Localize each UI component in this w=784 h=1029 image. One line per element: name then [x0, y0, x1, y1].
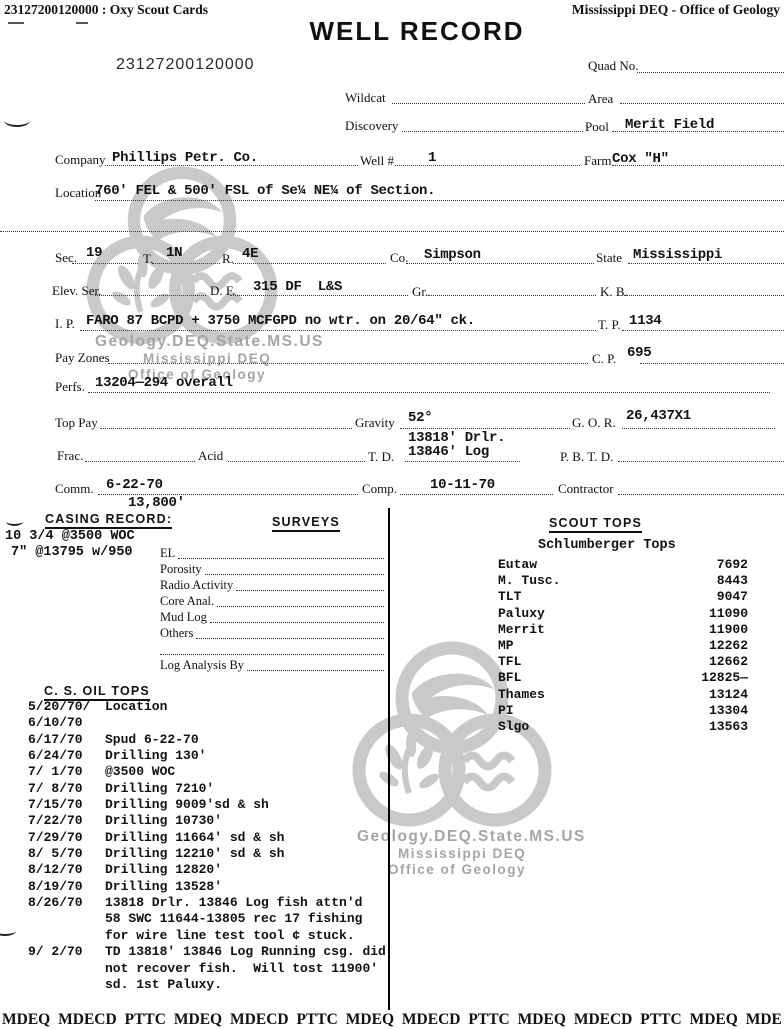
scout-top-name: TFL [498, 654, 678, 670]
oil-top-line: 7/ 1/70@3500 WOC [28, 764, 386, 780]
company-label: Company [55, 152, 106, 168]
footer-word: MDECD [402, 1011, 461, 1029]
survey-item: Radio Activity [160, 577, 384, 593]
page-title: WELL RECORD [50, 16, 784, 47]
scout-top-name: TLT [498, 589, 678, 605]
form-dotted-line [85, 461, 195, 462]
pay-zones-label: Pay Zones [55, 350, 110, 366]
oil-top-line: 8/12/70Drilling 12820' [28, 862, 386, 878]
oil-top-text: for wire line test tool ¢ stuck. [105, 928, 355, 944]
form-dotted-line [105, 165, 358, 166]
survey-dotted-line [205, 574, 384, 575]
pbtd-label: P. B. T. D. [560, 449, 613, 465]
scout-top-depth: 12825— [678, 670, 748, 686]
td-log-value: 13846' Log [408, 444, 489, 460]
footer-word: PTTC [468, 1011, 509, 1029]
scout-tops-list: Eutaw7692M. Tusc.8443TLT9047Paluxy11090M… [498, 557, 748, 735]
scanned-well-record-document: Geology.DEQ.State.MS.US Mississippi DEQ … [0, 0, 784, 1029]
state-value: Mississippi [633, 247, 722, 263]
casing-record-list: 10 3/4 @3500 WOC7" @13795 w/950 [5, 529, 135, 560]
form-dotted-line [405, 461, 520, 462]
survey-item-label: Others [160, 626, 196, 641]
frac-label: Frac. [57, 448, 83, 464]
form-dotted-line [98, 494, 358, 495]
scout-top-depth: 9047 [678, 589, 748, 605]
oil-top-date: 6/24/70 [28, 748, 105, 764]
scout-tops-title: SCOUT TOPS [549, 516, 642, 533]
ip-value: FARO 87 BCPD + 3750 MCFGPD no wtr. on 20… [86, 313, 475, 329]
form-dotted-line [620, 103, 784, 104]
casing-record-title: CASING RECORD: [45, 512, 172, 529]
oil-top-text: Drilling 7210' [105, 781, 214, 797]
wildcat-label: Wildcat [345, 90, 386, 106]
form-dotted-line [88, 392, 770, 393]
elev-ser-label: Elev. Ser. [52, 283, 101, 299]
kb-label: K. B. [600, 284, 628, 300]
stray-pen-mark [0, 926, 16, 936]
survey-dotted-line [236, 590, 384, 591]
area-label: Area [588, 91, 613, 107]
oil-top-text: Drilling 12210' sd & sh [105, 846, 284, 862]
scout-top-depth: 11900 [678, 622, 748, 638]
form-dotted-line [612, 165, 784, 166]
scout-top-depth: 8443 [678, 573, 748, 589]
oil-top-line: 7/22/70Drilling 10730' [28, 813, 386, 829]
api-number: 23127200120000 [116, 56, 255, 74]
form-dotted-line [233, 263, 386, 264]
location-value: 760' FEL & 500' FSL of Se¼ NE¼ of Sectio… [95, 183, 435, 199]
footer-word: MDEQ [518, 1011, 566, 1029]
oil-top-text: 58 SWC 11644-13805 rec 17 fishing [105, 911, 362, 927]
survey-item: Porosity [160, 561, 384, 577]
range-label: R. [222, 251, 234, 267]
perfs-label: Perfs. [55, 379, 85, 395]
oil-top-text: Drilling 11664' sd & sh [105, 830, 284, 846]
oil-top-line: for wire line test tool ¢ stuck. [28, 928, 386, 944]
watermark-agency: Mississippi DEQ [398, 846, 526, 861]
township-label: T. [143, 251, 153, 267]
oil-top-text: Drilling 130' [105, 748, 206, 764]
oil-top-text: Location [105, 699, 167, 715]
df-value: 315 DF L&S [253, 279, 342, 295]
well-no-value: 1 [428, 150, 436, 166]
form-dotted-line [395, 165, 580, 166]
footer-word: MDECD [230, 1011, 289, 1029]
oil-top-text: Drilling 12820' [105, 862, 222, 878]
tp-value: 1134 [629, 313, 661, 329]
well-no-label: Well # [360, 153, 394, 169]
oil-top-text: Spud 6-22-70 [105, 732, 199, 748]
oil-top-line: 6/17/70Spud 6-22-70 [28, 732, 386, 748]
surveys-title: SURVEYS [272, 515, 340, 532]
county-value: Simpson [424, 247, 481, 263]
form-dotted-line [618, 494, 784, 495]
oil-top-text: TD 13818' 13846 Log Running csg. did [105, 944, 386, 960]
oil-top-line: 8/19/70Drilling 13528' [28, 879, 386, 895]
form-dotted-line [392, 103, 585, 104]
scout-top-depth: 11090 [678, 606, 748, 622]
footer-word: PTTC [640, 1011, 681, 1029]
survey-item: Log Analysis By [160, 657, 384, 673]
form-dotted-line [0, 231, 784, 232]
gravity-value: 52° [408, 410, 432, 426]
footer-word: MDECD [574, 1011, 633, 1029]
oil-top-date [28, 911, 105, 927]
oil-top-line: 7/15/70Drilling 9009'sd & sh [28, 797, 386, 813]
company-value: Phillips Petr. Co. [112, 150, 258, 166]
gor-value: 26,437X1 [626, 408, 691, 424]
watermark-office: Office of Geology [388, 862, 526, 877]
survey-item: Others [160, 625, 384, 641]
casing-line: 7" @13795 w/950 [11, 545, 135, 561]
oil-top-date: 8/12/70 [28, 862, 105, 878]
form-dotted-line [72, 263, 138, 264]
contractor-label: Contractor [558, 481, 614, 497]
cp-label: C. P. [592, 351, 616, 367]
oil-top-date [28, 928, 105, 944]
oil-top-date: 9/ 2/70 [28, 944, 105, 960]
footer-word: MDEQ [2, 1011, 50, 1029]
comp-value: 10-11-70 [430, 477, 495, 493]
oil-top-text: 13818 Drlr. 13846 Log fish attn'd [105, 895, 362, 911]
quad-no-label: Quad No. [588, 58, 639, 74]
oil-top-line: 7/ 8/70Drilling 7210' [28, 781, 386, 797]
acid-label: Acid [198, 448, 223, 464]
scout-top-name: Slgo [498, 719, 678, 735]
watermark-url: Geology.DEQ.State.MS.US [357, 828, 586, 846]
survey-item-label: Core Anal. [160, 594, 217, 609]
oil-top-date: 8/ 5/70 [28, 846, 105, 862]
footer-word: MDECD [58, 1011, 117, 1029]
form-dotted-line [95, 200, 784, 201]
oil-top-line: 58 SWC 11644-13805 rec 17 fishing [28, 911, 386, 927]
form-dotted-line [152, 263, 220, 264]
footer-word: MDEQ [346, 1011, 394, 1029]
township-value: 1N [166, 245, 182, 261]
scout-top-row: TLT9047 [498, 589, 748, 605]
oil-top-text: Drilling 13528' [105, 879, 222, 895]
watermark-url: Geology.DEQ.State.MS.US [95, 333, 324, 351]
scout-top-name: Merrit [498, 622, 678, 638]
df-label: D. F. [210, 283, 235, 299]
td-label: T. D. [368, 449, 394, 465]
form-dotted-line [640, 363, 784, 364]
footer-word: PTTC [125, 1011, 166, 1029]
footer-sponsor-strip: MDEQMDECDPTTCMDEQMDECDPTTCMDEQMDECDPTTCM… [2, 1011, 782, 1029]
top-pay-label: Top Pay [55, 415, 98, 431]
scout-top-name: Paluxy [498, 606, 678, 622]
survey-item-label: Mud Log [160, 610, 210, 625]
form-dotted-line [637, 72, 784, 73]
discovery-label: Discovery [345, 118, 398, 134]
form-dotted-line [100, 428, 352, 429]
gravity-label: Gravity [355, 415, 395, 431]
oil-top-text: Drilling 9009'sd & sh [105, 797, 269, 813]
oil-top-date: 7/22/70 [28, 813, 105, 829]
survey-item [160, 641, 384, 657]
oil-top-date: 6/10/70 [28, 715, 105, 731]
oil-top-date [28, 961, 105, 977]
oil-top-line: 9/ 2/70TD 13818' 13846 Log Running csg. … [28, 944, 386, 960]
form-dotted-line [108, 363, 588, 364]
oil-top-date: 8/26/70 [28, 895, 105, 911]
stray-pen-mark [6, 517, 23, 526]
scout-top-row: Thames13124 [498, 687, 748, 703]
survey-item: EL [160, 545, 384, 561]
oil-top-line: 6/10/70 [28, 715, 386, 731]
scout-top-depth: 13304 [678, 703, 748, 719]
gr-label: Gr. [412, 284, 428, 300]
survey-item-label: Log Analysis By [160, 658, 247, 673]
form-dotted-line [230, 295, 408, 296]
scout-tops-subtitle: Schlumberger Tops [538, 538, 676, 553]
scout-top-name: PI [498, 703, 678, 719]
scout-top-depth: 7692 [678, 557, 748, 573]
scout-top-depth: 13124 [678, 687, 748, 703]
scout-top-row: M. Tusc.8443 [498, 573, 748, 589]
survey-dotted-line [178, 558, 384, 559]
perfs-value: 13204—294 overall [95, 375, 233, 391]
scout-top-name: MP [498, 638, 678, 654]
footer-word: MDEQ [174, 1011, 222, 1029]
scout-top-row: PI13304 [498, 703, 748, 719]
oil-top-date: 7/15/70 [28, 797, 105, 813]
scout-top-row: Slgo13563 [498, 719, 748, 735]
sec-value: 19 [86, 245, 102, 261]
survey-item-label: Porosity [160, 562, 205, 577]
scout-top-name: Eutaw [498, 557, 678, 573]
casing-line: 10 3/4 @3500 WOC [5, 529, 135, 545]
form-dotted-line [228, 461, 365, 462]
range-value: 4E [242, 246, 258, 262]
form-dotted-line [80, 330, 596, 331]
pool-label: Pool [585, 119, 609, 135]
scout-top-row: BFL12825— [498, 670, 748, 686]
oil-top-date: 7/29/70 [28, 830, 105, 846]
oil-top-line: sd. 1st Paluxy. [28, 977, 386, 993]
survey-item-label: EL [160, 546, 178, 561]
oil-top-line: 7/29/70Drilling 11664' sd & sh [28, 830, 386, 846]
form-dotted-line [624, 295, 784, 296]
oil-top-date: 7/ 8/70 [28, 781, 105, 797]
oil-top-text: not recover fish. Will tost 11900' [105, 961, 378, 977]
stray-pen-mark [4, 114, 30, 127]
scout-top-depth: 12262 [678, 638, 748, 654]
form-dotted-line [402, 131, 583, 132]
cp-value: 695 [627, 345, 651, 361]
survey-dotted-line [217, 606, 384, 607]
form-dotted-line [628, 263, 784, 264]
state-label: State [596, 250, 622, 266]
form-dotted-line [400, 428, 570, 429]
oil-top-line: 8/26/7013818 Drlr. 13846 Log fish attn'd [28, 895, 386, 911]
survey-item: Mud Log [160, 609, 384, 625]
survey-dotted-line [196, 638, 384, 639]
scan-artifact [76, 22, 88, 24]
oil-top-date [28, 977, 105, 993]
scout-top-row: TFL12662 [498, 654, 748, 670]
survey-dotted-line [160, 654, 384, 655]
oil-top-text: @3500 WOC [105, 764, 175, 780]
form-dotted-line [622, 428, 775, 429]
survey-item: Core Anal. [160, 593, 384, 609]
oil-top-date: 8/19/70 [28, 879, 105, 895]
scan-artifact [8, 22, 24, 24]
oil-top-date: 6/17/70 [28, 732, 105, 748]
survey-item-label: Radio Activity [160, 578, 236, 593]
scout-top-name: Thames [498, 687, 678, 703]
comp-label: Comp. [362, 481, 397, 497]
scout-top-row: Eutaw7692 [498, 557, 748, 573]
form-dotted-line [406, 263, 594, 264]
scout-top-name: M. Tusc. [498, 573, 678, 589]
oil-top-date: 5/20/70/ [28, 699, 105, 715]
tp-label: T. P. [598, 317, 621, 333]
form-dotted-line [95, 295, 206, 296]
footer-word: MDEQ [690, 1011, 738, 1029]
form-dotted-line [618, 461, 784, 462]
form-dotted-line [428, 295, 596, 296]
oil-top-line: 5/20/70/Location [28, 699, 386, 715]
scout-top-row: MP12262 [498, 638, 748, 654]
oil-tops-list: 5/20/70/Location6/10/706/17/70Spud 6-22-… [28, 699, 386, 993]
scout-top-depth: 12662 [678, 654, 748, 670]
scout-top-name: BFL [498, 670, 678, 686]
oil-top-text: Drilling 10730' [105, 813, 222, 829]
oil-top-line: 6/24/70Drilling 130' [28, 748, 386, 764]
survey-dotted-line [210, 622, 384, 623]
footer-word: MDE [746, 1011, 782, 1029]
survey-dotted-line [247, 670, 384, 671]
oil-top-date: 7/ 1/70 [28, 764, 105, 780]
scout-top-depth: 13563 [678, 719, 748, 735]
ip-label: I. P. [55, 316, 75, 332]
scout-top-row: Merrit11900 [498, 622, 748, 638]
surveys-list: ELPorosityRadio ActivityCore Anal.Mud Lo… [160, 545, 384, 673]
farm-label: Farm [584, 153, 611, 169]
column-divider [388, 508, 390, 1010]
form-dotted-line [400, 494, 553, 495]
form-dotted-line [612, 131, 784, 132]
oil-top-line: 8/ 5/70Drilling 12210' sd & sh [28, 846, 386, 862]
footer-word: PTTC [297, 1011, 338, 1029]
total-depth-note: 13,800' [128, 495, 185, 511]
scout-top-row: Paluxy11090 [498, 606, 748, 622]
gor-label: G. O. R. [572, 415, 616, 431]
form-dotted-line [622, 330, 784, 331]
oil-top-text: sd. 1st Paluxy. [105, 977, 222, 993]
oil-top-line: not recover fish. Will tost 11900' [28, 961, 386, 977]
comm-value: 6-22-70 [106, 477, 163, 493]
comm-label: Comm. [55, 481, 94, 497]
